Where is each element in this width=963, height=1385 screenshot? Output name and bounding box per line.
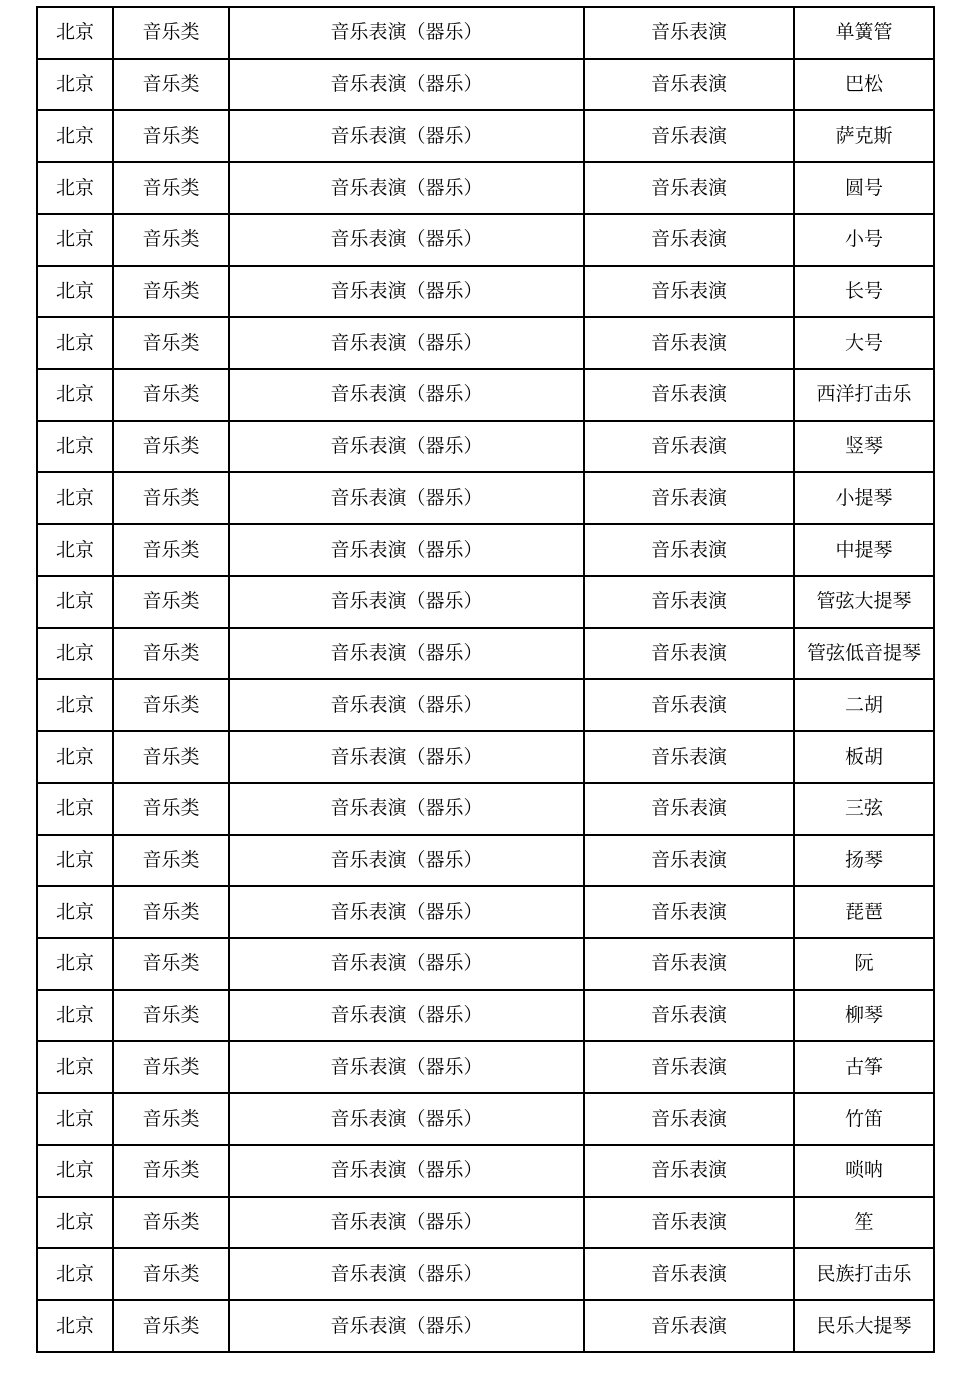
cell-category: 音乐类: [113, 7, 229, 59]
cell-instrument: 民族打击乐: [794, 1248, 934, 1300]
table-row: 北京 音乐类 音乐表演（器乐） 音乐表演 民族打击乐: [37, 1248, 934, 1300]
cell-category: 音乐类: [113, 886, 229, 938]
document-page: 北京 音乐类 音乐表演（器乐） 音乐表演 单簧管 北京 音乐类 音乐表演（器乐）…: [0, 0, 963, 1385]
cell-program: 音乐表演: [584, 266, 794, 318]
cell-instrument: 琵琶: [794, 886, 934, 938]
cell-instrument: 单簧管: [794, 7, 934, 59]
cell-major: 音乐表演（器乐）: [229, 1248, 584, 1300]
cell-instrument: 笙: [794, 1197, 934, 1249]
cell-region: 北京: [37, 1197, 113, 1249]
cell-region: 北京: [37, 110, 113, 162]
table-row: 北京 音乐类 音乐表演（器乐） 音乐表演 长号: [37, 266, 934, 318]
cell-major: 音乐表演（器乐）: [229, 886, 584, 938]
cell-program: 音乐表演: [584, 835, 794, 887]
cell-region: 北京: [37, 162, 113, 214]
cell-major: 音乐表演（器乐）: [229, 628, 584, 680]
cell-major: 音乐表演（器乐）: [229, 1145, 584, 1197]
cell-major: 音乐表演（器乐）: [229, 214, 584, 266]
cell-program: 音乐表演: [584, 1093, 794, 1145]
cell-instrument: 板胡: [794, 731, 934, 783]
cell-program: 音乐表演: [584, 1041, 794, 1093]
cell-instrument: 管弦大提琴: [794, 576, 934, 628]
cell-program: 音乐表演: [584, 162, 794, 214]
cell-category: 音乐类: [113, 110, 229, 162]
cell-program: 音乐表演: [584, 317, 794, 369]
cell-major: 音乐表演（器乐）: [229, 576, 584, 628]
cell-instrument: 长号: [794, 266, 934, 318]
cell-category: 音乐类: [113, 990, 229, 1042]
cell-instrument: 三弦: [794, 783, 934, 835]
cell-program: 音乐表演: [584, 1300, 794, 1352]
cell-region: 北京: [37, 369, 113, 421]
cell-major: 音乐表演（器乐）: [229, 783, 584, 835]
cell-major: 音乐表演（器乐）: [229, 1197, 584, 1249]
cell-instrument: 竹笛: [794, 1093, 934, 1145]
cell-major: 音乐表演（器乐）: [229, 1041, 584, 1093]
table-row: 北京 音乐类 音乐表演（器乐） 音乐表演 板胡: [37, 731, 934, 783]
cell-instrument: 民乐大提琴: [794, 1300, 934, 1352]
cell-category: 音乐类: [113, 1145, 229, 1197]
cell-category: 音乐类: [113, 317, 229, 369]
cell-major: 音乐表演（器乐）: [229, 162, 584, 214]
cell-region: 北京: [37, 783, 113, 835]
cell-instrument: 萨克斯: [794, 110, 934, 162]
cell-category: 音乐类: [113, 369, 229, 421]
cell-program: 音乐表演: [584, 1145, 794, 1197]
table-row: 北京 音乐类 音乐表演（器乐） 音乐表演 小提琴: [37, 472, 934, 524]
cell-category: 音乐类: [113, 938, 229, 990]
table-row: 北京 音乐类 音乐表演（器乐） 音乐表演 柳琴: [37, 990, 934, 1042]
cell-program: 音乐表演: [584, 214, 794, 266]
table-row: 北京 音乐类 音乐表演（器乐） 音乐表演 古筝: [37, 1041, 934, 1093]
cell-category: 音乐类: [113, 59, 229, 111]
table-row: 北京 音乐类 音乐表演（器乐） 音乐表演 管弦低音提琴: [37, 628, 934, 680]
cell-program: 音乐表演: [584, 679, 794, 731]
table-row: 北京 音乐类 音乐表演（器乐） 音乐表演 巴松: [37, 59, 934, 111]
cell-instrument: 大号: [794, 317, 934, 369]
cell-region: 北京: [37, 524, 113, 576]
cell-major: 音乐表演（器乐）: [229, 990, 584, 1042]
cell-category: 音乐类: [113, 1093, 229, 1145]
cell-instrument: 唢呐: [794, 1145, 934, 1197]
table-row: 北京 音乐类 音乐表演（器乐） 音乐表演 笙: [37, 1197, 934, 1249]
table-row: 北京 音乐类 音乐表演（器乐） 音乐表演 萨克斯: [37, 110, 934, 162]
cell-major: 音乐表演（器乐）: [229, 317, 584, 369]
cell-program: 音乐表演: [584, 576, 794, 628]
cell-category: 音乐类: [113, 628, 229, 680]
cell-program: 音乐表演: [584, 731, 794, 783]
table-row: 北京 音乐类 音乐表演（器乐） 音乐表演 大号: [37, 317, 934, 369]
cell-program: 音乐表演: [584, 938, 794, 990]
cell-program: 音乐表演: [584, 1248, 794, 1300]
table-row: 北京 音乐类 音乐表演（器乐） 音乐表演 竹笛: [37, 1093, 934, 1145]
cell-category: 音乐类: [113, 679, 229, 731]
cell-major: 音乐表演（器乐）: [229, 731, 584, 783]
cell-program: 音乐表演: [584, 472, 794, 524]
cell-major: 音乐表演（器乐）: [229, 421, 584, 473]
cell-instrument: 圆号: [794, 162, 934, 214]
cell-major: 音乐表演（器乐）: [229, 472, 584, 524]
cell-region: 北京: [37, 214, 113, 266]
cell-major: 音乐表演（器乐）: [229, 835, 584, 887]
cell-instrument: 二胡: [794, 679, 934, 731]
cell-instrument: 柳琴: [794, 990, 934, 1042]
cell-instrument: 巴松: [794, 59, 934, 111]
cell-category: 音乐类: [113, 214, 229, 266]
cell-region: 北京: [37, 1145, 113, 1197]
cell-category: 音乐类: [113, 783, 229, 835]
table-row: 北京 音乐类 音乐表演（器乐） 音乐表演 扬琴: [37, 835, 934, 887]
cell-program: 音乐表演: [584, 886, 794, 938]
cell-category: 音乐类: [113, 576, 229, 628]
table-row: 北京 音乐类 音乐表演（器乐） 音乐表演 唢呐: [37, 1145, 934, 1197]
cell-program: 音乐表演: [584, 369, 794, 421]
table-row: 北京 音乐类 音乐表演（器乐） 音乐表演 阮: [37, 938, 934, 990]
cell-category: 音乐类: [113, 421, 229, 473]
cell-major: 音乐表演（器乐）: [229, 59, 584, 111]
table-row: 北京 音乐类 音乐表演（器乐） 音乐表演 中提琴: [37, 524, 934, 576]
cell-category: 音乐类: [113, 524, 229, 576]
cell-region: 北京: [37, 7, 113, 59]
cell-major: 音乐表演（器乐）: [229, 938, 584, 990]
cell-program: 音乐表演: [584, 59, 794, 111]
cell-instrument: 小提琴: [794, 472, 934, 524]
cell-region: 北京: [37, 1041, 113, 1093]
cell-region: 北京: [37, 1093, 113, 1145]
cell-instrument: 扬琴: [794, 835, 934, 887]
cell-program: 音乐表演: [584, 524, 794, 576]
cell-major: 音乐表演（器乐）: [229, 369, 584, 421]
cell-region: 北京: [37, 731, 113, 783]
cell-category: 音乐类: [113, 162, 229, 214]
cell-region: 北京: [37, 59, 113, 111]
cell-region: 北京: [37, 990, 113, 1042]
cell-region: 北京: [37, 938, 113, 990]
cell-region: 北京: [37, 266, 113, 318]
data-table: 北京 音乐类 音乐表演（器乐） 音乐表演 单簧管 北京 音乐类 音乐表演（器乐）…: [36, 6, 935, 1353]
cell-instrument: 西洋打击乐: [794, 369, 934, 421]
table-row: 北京 音乐类 音乐表演（器乐） 音乐表演 单簧管: [37, 7, 934, 59]
cell-instrument: 阮: [794, 938, 934, 990]
cell-region: 北京: [37, 1248, 113, 1300]
cell-major: 音乐表演（器乐）: [229, 110, 584, 162]
cell-program: 音乐表演: [584, 7, 794, 59]
cell-category: 音乐类: [113, 1197, 229, 1249]
cell-region: 北京: [37, 472, 113, 524]
cell-region: 北京: [37, 679, 113, 731]
cell-program: 音乐表演: [584, 783, 794, 835]
cell-region: 北京: [37, 835, 113, 887]
cell-program: 音乐表演: [584, 628, 794, 680]
cell-major: 音乐表演（器乐）: [229, 1300, 584, 1352]
cell-category: 音乐类: [113, 1248, 229, 1300]
cell-region: 北京: [37, 628, 113, 680]
cell-category: 音乐类: [113, 1300, 229, 1352]
cell-instrument: 古筝: [794, 1041, 934, 1093]
cell-category: 音乐类: [113, 1041, 229, 1093]
cell-instrument: 竖琴: [794, 421, 934, 473]
table-row: 北京 音乐类 音乐表演（器乐） 音乐表演 琵琶: [37, 886, 934, 938]
cell-instrument: 小号: [794, 214, 934, 266]
cell-program: 音乐表演: [584, 990, 794, 1042]
table-row: 北京 音乐类 音乐表演（器乐） 音乐表演 民乐大提琴: [37, 1300, 934, 1352]
cell-program: 音乐表演: [584, 110, 794, 162]
cell-category: 音乐类: [113, 266, 229, 318]
cell-program: 音乐表演: [584, 1197, 794, 1249]
cell-instrument: 管弦低音提琴: [794, 628, 934, 680]
cell-major: 音乐表演（器乐）: [229, 7, 584, 59]
table-row: 北京 音乐类 音乐表演（器乐） 音乐表演 竖琴: [37, 421, 934, 473]
table-row: 北京 音乐类 音乐表演（器乐） 音乐表演 小号: [37, 214, 934, 266]
table-body: 北京 音乐类 音乐表演（器乐） 音乐表演 单簧管 北京 音乐类 音乐表演（器乐）…: [37, 7, 934, 1352]
cell-major: 音乐表演（器乐）: [229, 679, 584, 731]
table-row: 北京 音乐类 音乐表演（器乐） 音乐表演 二胡: [37, 679, 934, 731]
table-row: 北京 音乐类 音乐表演（器乐） 音乐表演 三弦: [37, 783, 934, 835]
cell-category: 音乐类: [113, 731, 229, 783]
cell-major: 音乐表演（器乐）: [229, 266, 584, 318]
table-row: 北京 音乐类 音乐表演（器乐） 音乐表演 西洋打击乐: [37, 369, 934, 421]
table-row: 北京 音乐类 音乐表演（器乐） 音乐表演 管弦大提琴: [37, 576, 934, 628]
cell-major: 音乐表演（器乐）: [229, 1093, 584, 1145]
cell-program: 音乐表演: [584, 421, 794, 473]
cell-category: 音乐类: [113, 472, 229, 524]
cell-region: 北京: [37, 886, 113, 938]
cell-region: 北京: [37, 421, 113, 473]
cell-major: 音乐表演（器乐）: [229, 524, 584, 576]
cell-instrument: 中提琴: [794, 524, 934, 576]
cell-category: 音乐类: [113, 835, 229, 887]
cell-region: 北京: [37, 317, 113, 369]
table-row: 北京 音乐类 音乐表演（器乐） 音乐表演 圆号: [37, 162, 934, 214]
cell-region: 北京: [37, 576, 113, 628]
cell-region: 北京: [37, 1300, 113, 1352]
